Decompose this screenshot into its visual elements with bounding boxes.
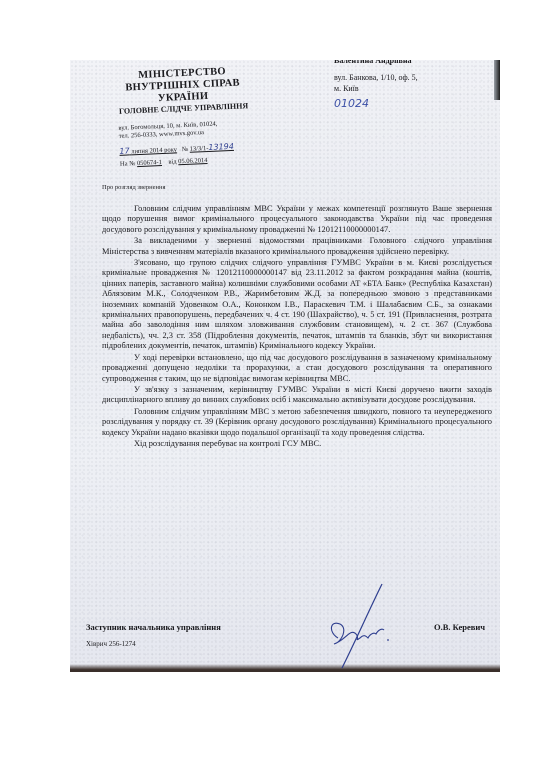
outgoing-number-printed: 13/3/1- (190, 145, 209, 153)
in-reply-from-label: від (168, 158, 176, 165)
recipient-address-line-1: вул. Банкова, 1/10, оф. 5, (334, 72, 418, 83)
letterhead-address: вул. Богомольця, 10, м. Київ, 01024, тел… (118, 118, 275, 141)
in-reply-number: 050674-1 (137, 159, 162, 167)
outgoing-date: липня 2014 року (131, 146, 177, 155)
paragraph: За викладеними у зверненні відомостями п… (102, 236, 492, 257)
number-label: № (182, 146, 189, 153)
handwritten-postal-code: 01024 (334, 98, 418, 109)
paragraph: Головним слідчим управлінням МВС України… (102, 204, 492, 235)
paragraph: Головним слідчим управлінням МВС з метою… (102, 407, 492, 438)
paragraph: Хід розслідування перебуває на контролі … (102, 439, 492, 449)
scanned-letter-page: МІНІСТЕРСТВО ВНУТРІШНІХ СПРАВ УКРАЇНИ ГО… (70, 60, 500, 672)
in-reply-date: 05.06.2014 (178, 157, 208, 165)
recipient-name-cut: Валентина Андріївна (334, 60, 418, 66)
handwritten-signature-icon (320, 580, 410, 670)
scan-edge-shadow-right (494, 60, 500, 100)
scan-edge-shadow-bottom (70, 664, 500, 672)
signer-position: Заступник начальника управління (86, 622, 221, 632)
paragraph: У ході перевірки встановлено, що під час… (102, 353, 492, 384)
in-reply-label: На № (120, 160, 136, 168)
recipient-address-line-2: м. Київ (334, 83, 418, 94)
outgoing-number-handwritten: 13194 (208, 142, 234, 152)
paragraph: У зв'язку з зазначеним, керівництву ГУМВ… (102, 385, 492, 406)
signer-name: О.В. Керевич (434, 622, 485, 632)
handwritten-day: 17 (119, 146, 130, 155)
executor-contact: Хіврич 256-1274 (86, 640, 136, 648)
letterhead: МІНІСТЕРСТВО ВНУТРІШНІХ СПРАВ УКРАЇНИ ГО… (92, 64, 276, 171)
letter-body: Головним слідчим управлінням МВС України… (102, 204, 492, 449)
letter-subject: Про розгляд звернення (102, 184, 165, 191)
recipient-block: Валентина Андріївна вул. Банкова, 1/10, … (334, 60, 418, 109)
paragraph: З'ясовано, що групою слідчих слідчого уп… (102, 258, 492, 352)
